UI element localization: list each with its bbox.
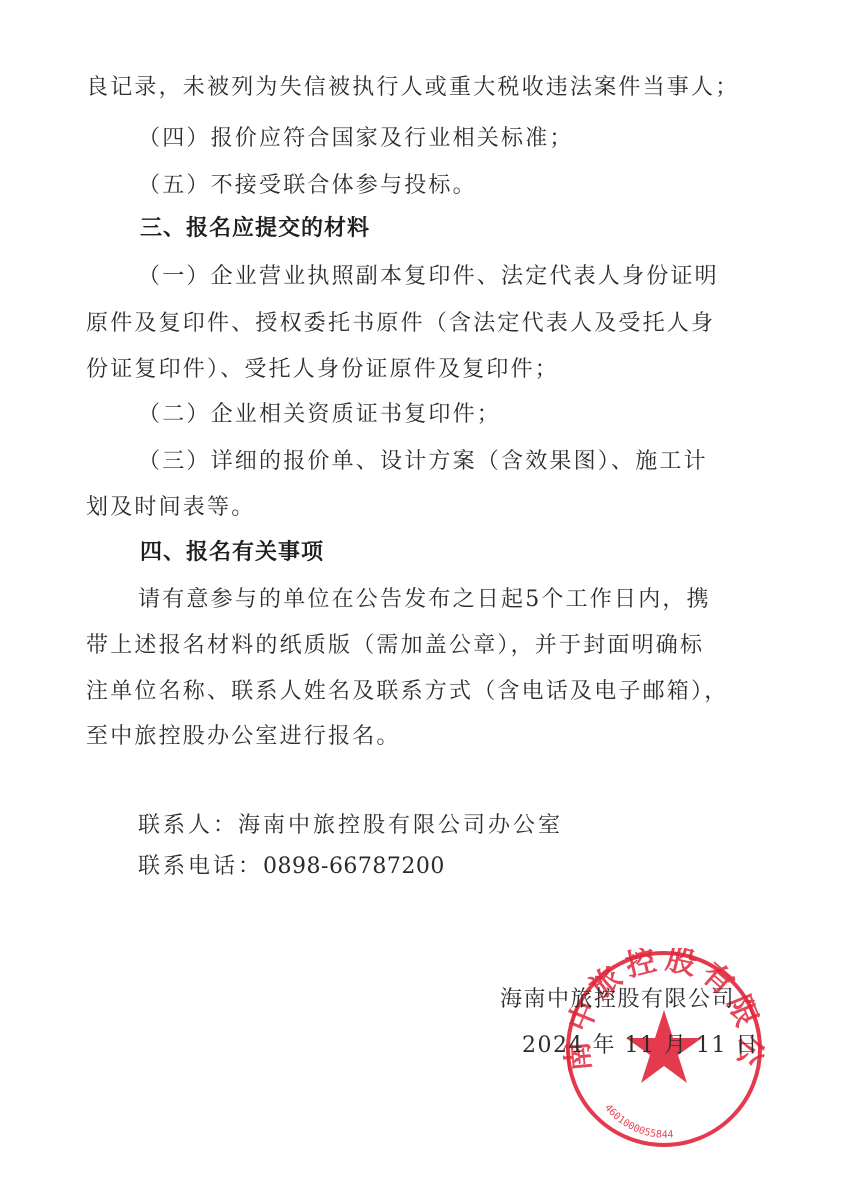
contact-phone: 联系电话：0898-66787200 bbox=[138, 852, 445, 882]
paragraph-line: 良记录，未被列为失信被执行人或重大税收违法案件当事人； bbox=[86, 73, 739, 103]
section3-item1-line3: 份证复印件）、受托人身份证原件及复印件； bbox=[86, 355, 559, 385]
contact-phone-label: 联系电话： bbox=[138, 854, 263, 879]
contact-person-value: 海南中旅控股有限公司办公室 bbox=[238, 813, 563, 838]
list-item-4: （四）报价应符合国家及行业相关标准； bbox=[138, 124, 574, 154]
section4-para-line2: 带上述报名材料的纸质版（需加盖公章），并于封面明确标 bbox=[86, 631, 704, 661]
signature-company: 海南中旅控股有限公司 bbox=[500, 985, 735, 1015]
document-page: 良记录，未被列为失信被执行人或重大税收违法案件当事人； （四）报价应符合国家及行… bbox=[0, 0, 858, 1193]
section4-para-line4: 至中旅控股办公室进行报名。 bbox=[86, 722, 401, 752]
signature-date: 2024 年 11 月 11 日 bbox=[522, 1031, 759, 1061]
section-heading-3: 三、报名应提交的材料 bbox=[140, 214, 370, 244]
section3-item2: （二）企业相关资质证书复印件； bbox=[138, 400, 501, 430]
section-heading-4: 四、报名有关事项 bbox=[140, 538, 324, 568]
section3-item1-line1: （一）企业营业执照副本复印件、法定代表人身份证明 bbox=[138, 262, 719, 292]
section3-item3-line2: 划及时间表等。 bbox=[86, 493, 255, 523]
contact-phone-value: 0898-66787200 bbox=[263, 854, 445, 879]
section3-item1-line2: 原件及复印件、授权委托书原件（含法定代表人及受托人身 bbox=[86, 309, 715, 339]
contact-person: 联系人：海南中旅控股有限公司办公室 bbox=[138, 811, 563, 841]
svg-text:4601000055844: 4601000055844 bbox=[602, 1103, 674, 1141]
section3-item3-line1: （三）详细的报价单、设计方案（含效果图）、施工计 bbox=[138, 447, 708, 477]
list-item-5: （五）不接受联合体参与投标。 bbox=[138, 171, 477, 201]
contact-person-label: 联系人： bbox=[138, 813, 238, 838]
section4-para-line1: 请有意参与的单位在公告发布之日起5个工作日内，携 bbox=[138, 585, 711, 615]
section4-para-line3: 注单位名称、联系人姓名及联系方式（含电话及电子邮箱）， bbox=[86, 677, 728, 707]
